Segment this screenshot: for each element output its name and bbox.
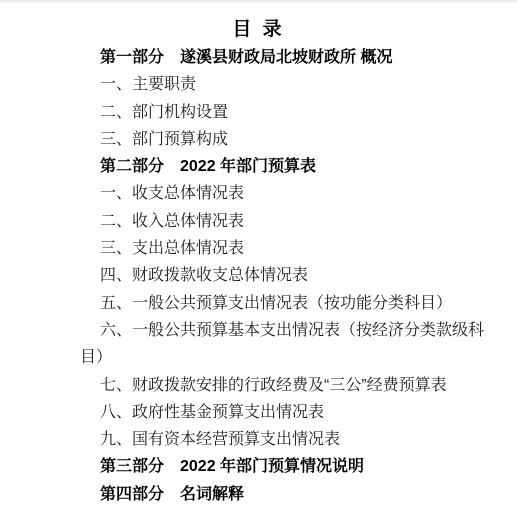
- toc-entry-part2-item7: 七、财政拨款安排的行政经费及“三公”经费预算表: [0, 372, 517, 399]
- toc-entry-part2-item5: 五、一般公共预算支出情况表（按功能分类科目）: [0, 290, 517, 317]
- document-page: 目 录 第一部分 遂溪县财政局北坡财政所 概况 一、主要职责 二、部门机构设置 …: [0, 0, 517, 525]
- toc-entry-part4: 第四部分 名词解释: [0, 481, 517, 508]
- toc-entry-part2-item2: 二、收入总体情况表: [0, 208, 517, 235]
- toc-entry-part2-item4: 四、财政拨款收支总体情况表: [0, 262, 517, 289]
- toc-entry-part2-item1: 一、收支总体情况表: [0, 180, 517, 207]
- toc-entry-part2-item6: 六、一般公共预算基本支出情况表（按经济分类款级科: [0, 317, 517, 344]
- toc-entry-part2-item6-wrap: 目）: [0, 344, 517, 371]
- toc-title: 目 录: [0, 14, 517, 41]
- toc-entry-part2: 第二部分 2022 年部门预算表: [0, 153, 517, 180]
- toc-entry-part2-item8: 八、政府性基金预算支出情况表: [0, 399, 517, 426]
- toc-entry-part2-item9: 九、国有资本经营预算支出情况表: [0, 426, 517, 453]
- toc-entry-part1: 第一部分 遂溪县财政局北坡财政所 概况: [0, 44, 517, 71]
- toc-entry-part1-item2: 二、部门机构设置: [0, 99, 517, 126]
- toc-entry-part2-item3: 三、支出总体情况表: [0, 235, 517, 262]
- toc-body: 第一部分 遂溪县财政局北坡财政所 概况 一、主要职责 二、部门机构设置 三、部门…: [0, 44, 517, 508]
- toc-entry-part3: 第三部分 2022 年部门预算情况说明: [0, 453, 517, 480]
- page-top-edge: [0, 0, 517, 4]
- toc-entry-part1-item3: 三、部门预算构成: [0, 126, 517, 153]
- toc-entry-part1-item1: 一、主要职责: [0, 71, 517, 98]
